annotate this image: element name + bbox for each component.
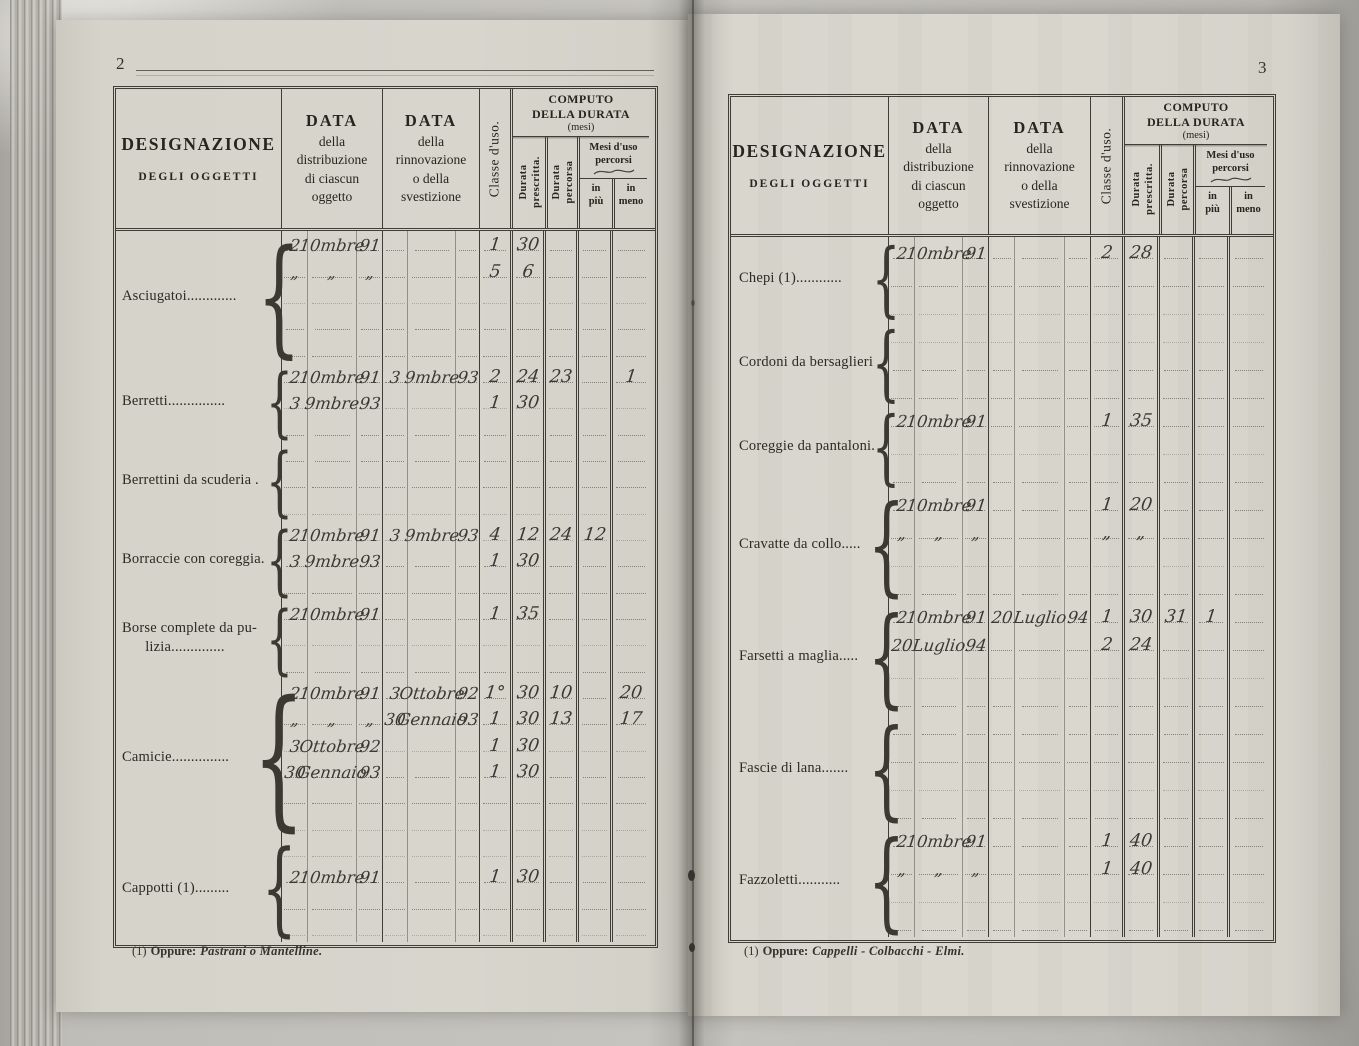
dotted-leader — [967, 734, 986, 735]
dotted-leader — [1019, 398, 1059, 399]
cell-dp — [1125, 293, 1160, 321]
dotted-leader — [991, 790, 1012, 791]
dotted-leader — [967, 370, 986, 371]
item-brace: { — [269, 679, 289, 837]
dotted-leader — [517, 435, 539, 436]
table-header-left: DESIGNAZIONE DEGLI OGGETTI DATA della di… — [116, 89, 655, 231]
handwritten-value: 1 — [488, 709, 502, 729]
cell-rm: Gennaio — [408, 705, 456, 731]
col-durata-percorsa: Durata percorsa — [545, 137, 578, 228]
dotted-leader — [616, 408, 646, 409]
dotted-leader — [1233, 678, 1263, 679]
cell-dm — [308, 573, 357, 599]
dotted-leader — [1164, 930, 1188, 931]
dotted-leader — [412, 935, 451, 936]
cell-dpc — [546, 600, 579, 626]
dotted-leader — [517, 461, 539, 462]
dotted-leader — [919, 790, 958, 791]
cell-cl: 1 — [480, 731, 513, 757]
cell-dy — [963, 293, 989, 321]
item-brace: { — [269, 837, 289, 942]
cell-designation — [731, 713, 889, 741]
cell-dpc — [546, 442, 579, 468]
item-brace: { — [876, 713, 896, 825]
dotted-leader — [616, 909, 646, 910]
cell-designation — [731, 461, 889, 489]
cell-meno — [1230, 377, 1267, 405]
tbody-left: 210mbre91130„„„56Asciugatoi.............… — [116, 231, 655, 942]
dotted-leader — [361, 329, 380, 330]
dotted-leader — [993, 734, 1012, 735]
cell-dpc — [546, 547, 579, 573]
dotted-leader — [312, 803, 351, 804]
cell-dpc — [1160, 573, 1195, 601]
cell-ry — [456, 389, 480, 415]
dotted-leader — [1233, 426, 1263, 427]
cell-dpc — [1160, 433, 1195, 461]
dotted-leader — [991, 566, 1012, 567]
cell-cl: 1 — [1091, 853, 1125, 881]
dotted-leader — [550, 250, 572, 251]
cell-cl — [480, 494, 513, 520]
rinnovazione-subtitle: della rinnovazione o della svestizione — [1004, 140, 1074, 213]
cell-dy: „ — [963, 517, 989, 545]
dotted-leader — [618, 672, 645, 673]
item-brace: { — [876, 237, 896, 321]
distribuzione-subtitle: della distribuzione di ciascun oggetto — [297, 133, 368, 206]
dotted-leader — [1129, 818, 1153, 819]
handwritten-value: 1 — [488, 235, 502, 255]
cell-rd — [383, 547, 408, 573]
cell-piu — [1195, 741, 1230, 769]
handwritten-value: 91 — [358, 868, 381, 887]
cell-rd: 20 — [989, 601, 1015, 629]
handwritten-value: „ — [933, 860, 944, 879]
dotted-leader — [484, 672, 506, 673]
dotted-leader — [922, 734, 957, 735]
cell-dy — [963, 741, 989, 769]
cell-rm — [1015, 909, 1065, 937]
cell-dm — [308, 494, 357, 520]
item-brace: { — [269, 442, 289, 521]
dotted-leader — [1019, 762, 1059, 763]
dotted-leader — [415, 461, 450, 462]
cell-piu — [1195, 517, 1230, 545]
col-computo-durata: COMPUTO DELLA DURATA (mesi) Durata presc… — [513, 89, 649, 228]
item-label: Fazzoletti........... — [739, 871, 881, 890]
dotted-leader — [483, 487, 508, 488]
cell-dpc — [546, 389, 579, 415]
dotted-leader — [922, 594, 957, 595]
dotted-leader — [516, 909, 541, 910]
cell-cl — [1091, 685, 1125, 713]
cell-rd — [989, 881, 1015, 909]
col-designazione: DESIGNAZIONE DEGLI OGGETTI — [116, 89, 282, 228]
cell-dm: Luglio — [915, 629, 963, 657]
dotted-leader — [1199, 846, 1223, 847]
cell-ry — [1065, 769, 1091, 797]
cell-cl — [1091, 769, 1125, 797]
handwritten-value: 17 — [619, 709, 644, 729]
cell-rd — [383, 442, 408, 468]
cell-cl — [1091, 545, 1125, 573]
dotted-leader — [967, 818, 986, 819]
dotted-leader — [616, 830, 646, 831]
handwritten-value: 30 — [516, 683, 541, 703]
cell-rm: Luglio — [1015, 601, 1065, 629]
cell-ry — [456, 810, 480, 836]
dotted-leader — [1022, 846, 1058, 847]
cell-piu — [1195, 349, 1230, 377]
handwritten-value: „ — [933, 524, 944, 543]
cell-ry — [456, 494, 480, 520]
dotted-leader — [459, 672, 476, 673]
handwritten-value: 91 — [358, 368, 381, 387]
cell-dy — [357, 837, 383, 863]
dotted-leader — [1163, 342, 1189, 343]
handwritten-value: 30 — [516, 762, 541, 782]
cell-rm: Ottobre — [408, 679, 456, 705]
dotted-leader — [1163, 650, 1189, 651]
cell-dy — [963, 377, 989, 405]
cell-dy — [357, 284, 383, 310]
durata-prescritta-label: Durata prescritta. — [516, 139, 542, 225]
dotted-leader — [1094, 286, 1119, 287]
dotted-leader — [965, 566, 986, 567]
dotted-leader — [582, 303, 607, 304]
cell-rd — [989, 573, 1015, 601]
handwritten-value: „ — [364, 263, 375, 282]
cell-dpc — [1160, 657, 1195, 685]
handwritten-value: 2 — [1100, 243, 1114, 263]
dotted-leader — [1022, 510, 1058, 511]
cell-rd — [989, 853, 1015, 881]
cell-dpc — [546, 573, 579, 599]
dotted-leader — [582, 724, 607, 725]
entry-row: 210mbre91228 — [731, 237, 1273, 265]
cell-piu — [579, 784, 613, 810]
computo-title: COMPUTO DELLA DURATA — [1125, 100, 1267, 130]
dotted-leader — [1094, 678, 1119, 679]
dotted-leader — [412, 487, 451, 488]
item-label: Borse complete da pu- lizia.............… — [122, 619, 274, 657]
item-label: Berrettini da scuderia . — [122, 471, 274, 490]
in-piu-label: in più — [580, 179, 612, 228]
cell-piu — [579, 837, 613, 863]
dotted-leader — [516, 803, 541, 804]
footnote-marker: (1) — [132, 944, 147, 958]
cell-cl: 1 — [1091, 405, 1125, 433]
dotted-leader — [583, 566, 606, 567]
dotted-leader — [993, 510, 1012, 511]
dotted-leader — [315, 672, 351, 673]
dotted-leader — [412, 619, 451, 620]
cell-dm: Gennaio — [308, 758, 357, 784]
cell-rm — [1015, 797, 1065, 825]
cell-piu — [579, 679, 613, 705]
entry-row — [731, 377, 1273, 405]
dotted-leader — [549, 356, 574, 357]
cell-dpc — [546, 494, 579, 520]
cell-designation — [731, 573, 889, 601]
cell-dpc — [546, 916, 579, 942]
dotted-leader — [1067, 314, 1088, 315]
cell-dp: 30 — [513, 389, 546, 415]
entry-row — [116, 810, 655, 836]
cell-cl: 1 — [480, 758, 513, 784]
cell-dpc: 10 — [546, 679, 579, 705]
handwritten-value: 91 — [358, 684, 381, 703]
cell-dp — [513, 626, 546, 652]
dotted-leader — [1095, 370, 1118, 371]
cell-piu — [579, 810, 613, 836]
cell-rd — [989, 433, 1015, 461]
cell-dpc — [1160, 881, 1195, 909]
cell-dp: 6 — [513, 257, 546, 283]
item-brace: { — [269, 600, 289, 679]
handwritten-value: 1 — [1100, 831, 1114, 851]
col-classe-duso: Classe d'uso. — [1091, 97, 1125, 234]
page-number-left: 2 — [116, 54, 125, 74]
cell-dm — [308, 336, 357, 362]
cell-rd — [383, 468, 408, 494]
cell-dp — [1125, 573, 1160, 601]
cell-dm: Ottobre — [308, 731, 357, 757]
cell-meno — [613, 521, 649, 547]
cell-dpc — [1160, 265, 1195, 293]
cell-designation — [116, 363, 282, 389]
cell-rm — [1015, 321, 1065, 349]
cell-meno — [613, 231, 649, 257]
dotted-leader — [1128, 286, 1154, 287]
dotted-leader — [315, 329, 351, 330]
dotted-leader — [386, 777, 404, 778]
cell-cl: 2 — [1091, 629, 1125, 657]
dotted-leader — [1164, 846, 1188, 847]
cell-rd — [383, 837, 408, 863]
col-mesi-duso-percorsi: Mesi d'uso percorsi in più in meno — [577, 137, 647, 228]
cell-rd — [989, 405, 1015, 433]
dotted-leader — [315, 461, 351, 462]
cell-rm — [408, 652, 456, 678]
entry-row: 210mbre9139mbre934122412 — [116, 521, 655, 547]
dotted-leader — [1069, 818, 1088, 819]
cell-ry — [456, 336, 480, 362]
footnote-right: (1)Oppure:Cappelli - Colbacchi - Elmi. — [744, 944, 965, 959]
cell-rd — [383, 600, 408, 626]
cell-dp — [1125, 657, 1160, 685]
dotted-leader — [1235, 258, 1262, 259]
cell-dm — [308, 652, 357, 678]
cell-dy — [357, 468, 383, 494]
item-brace: { — [269, 363, 289, 442]
dotted-leader — [1067, 650, 1088, 651]
dotted-leader — [549, 803, 574, 804]
cell-dpc — [1160, 741, 1195, 769]
cell-dp: 24 — [513, 363, 546, 389]
cell-dy — [963, 769, 989, 797]
cell-dp: 30 — [513, 863, 546, 889]
item-brace: { — [269, 521, 289, 600]
dotted-leader — [359, 803, 380, 804]
dotted-leader — [483, 645, 508, 646]
dotted-leader — [583, 882, 606, 883]
cell-rd — [383, 310, 408, 336]
dotted-leader — [991, 398, 1012, 399]
cell-dm — [915, 657, 963, 685]
dotted-leader — [415, 250, 450, 251]
dotted-leader — [483, 593, 508, 594]
cell-designation — [731, 377, 889, 405]
cell-rm — [1015, 825, 1065, 853]
handwritten-value: „ — [364, 710, 375, 729]
dotted-leader — [1199, 510, 1223, 511]
dotted-leader — [1069, 510, 1088, 511]
cell-dm: 10mbre — [308, 679, 357, 705]
cell-cl — [1091, 321, 1125, 349]
dotted-leader — [1095, 818, 1118, 819]
dotted-leader — [1198, 286, 1224, 287]
cell-piu — [1195, 797, 1230, 825]
dotted-leader — [458, 303, 477, 304]
dotted-leader — [1069, 482, 1088, 483]
cell-piu — [579, 626, 613, 652]
cell-rm — [1015, 405, 1065, 433]
cell-meno: 20 — [613, 679, 649, 705]
cell-dm — [308, 810, 357, 836]
col-durata-percorsa: Durata percorsa — [1159, 145, 1194, 234]
dotted-leader — [385, 487, 405, 488]
cell-cl — [480, 442, 513, 468]
cell-ry: 93 — [456, 521, 480, 547]
entry-row: 210mbre91140 — [731, 825, 1273, 853]
cell-rd — [383, 389, 408, 415]
cell-cl: 5 — [480, 257, 513, 283]
dotted-leader — [582, 803, 607, 804]
dotted-leader — [1128, 398, 1154, 399]
dotted-leader — [359, 303, 380, 304]
entry-row: 210mbre91135 — [731, 405, 1273, 433]
cell-piu — [579, 494, 613, 520]
cell-ry — [456, 758, 480, 784]
degli-oggetti-subtitle: DEGLI OGGETTI — [749, 178, 869, 190]
dotted-leader — [618, 566, 645, 567]
dotted-leader — [459, 461, 476, 462]
cell-cl — [1091, 377, 1125, 405]
dotted-leader — [1163, 454, 1189, 455]
dotted-leader — [483, 803, 508, 804]
dotted-leader — [483, 830, 508, 831]
dotted-leader — [1019, 566, 1059, 567]
cell-rd — [989, 685, 1015, 713]
dotted-leader — [459, 250, 476, 251]
dotted-leader — [458, 751, 477, 752]
dotted-leader — [618, 329, 645, 330]
cell-dm — [915, 321, 963, 349]
cell-rd — [989, 489, 1015, 517]
cell-ry — [456, 889, 480, 915]
cell-dy — [963, 657, 989, 685]
dotted-leader — [616, 356, 646, 357]
cell-dp — [1125, 685, 1160, 713]
dotted-leader — [549, 751, 574, 752]
dotted-leader — [1233, 650, 1263, 651]
cell-cl: 1 — [1091, 601, 1125, 629]
cell-dm — [308, 284, 357, 310]
dotted-leader — [458, 356, 477, 357]
cell-dy — [357, 336, 383, 362]
cell-dp — [1125, 545, 1160, 573]
cell-dy — [963, 713, 989, 741]
handwritten-value: „ — [970, 524, 981, 543]
dotted-leader — [415, 672, 450, 673]
cell-dy — [963, 349, 989, 377]
cell-dp: 12 — [513, 521, 546, 547]
handwritten-value: 24 — [516, 367, 541, 387]
handwritten-value: 1 — [1100, 859, 1114, 879]
cell-meno: 17 — [613, 705, 649, 731]
cell-dp — [1125, 909, 1160, 937]
dotted-leader — [967, 706, 986, 707]
cell-dy — [963, 265, 989, 293]
cell-dm: 10mbre — [308, 863, 357, 889]
cell-dm: 10mbre — [308, 521, 357, 547]
cell-piu — [1195, 881, 1230, 909]
entry-row: 210mbre91120 — [731, 489, 1273, 517]
cell-dm — [308, 889, 357, 915]
cell-rd — [383, 889, 408, 915]
cell-rm — [408, 389, 456, 415]
col-designazione: DESIGNAZIONE DEGLI OGGETTI — [731, 97, 889, 234]
cell-dy: 91 — [357, 231, 383, 257]
dotted-leader — [517, 329, 539, 330]
dotted-leader — [550, 777, 572, 778]
dotted-leader — [1164, 734, 1188, 735]
cell-ry — [1065, 657, 1091, 685]
col-computo-durata: COMPUTO DELLA DURATA (mesi) Durata presc… — [1125, 97, 1267, 234]
cell-dpc — [1160, 349, 1195, 377]
cell-rd — [383, 415, 408, 441]
dotted-leader — [991, 342, 1012, 343]
dotted-leader — [1163, 762, 1189, 763]
handwritten-value: 91 — [964, 832, 987, 851]
dotted-leader — [616, 856, 646, 857]
dotted-leader — [412, 830, 451, 831]
cell-dm: „ — [308, 257, 357, 283]
dotted-leader — [1129, 370, 1153, 371]
dotted-leader — [1094, 398, 1119, 399]
cell-dpc — [1160, 489, 1195, 517]
dotted-leader — [359, 593, 380, 594]
dotted-leader — [582, 382, 607, 383]
dotted-leader — [458, 645, 477, 646]
cell-ry — [456, 442, 480, 468]
data-label: DATA — [306, 111, 358, 131]
item-label: Cappotti (1)......... — [122, 879, 274, 898]
cell-designation — [731, 237, 889, 265]
data-label: DATA — [912, 118, 964, 138]
handwritten-value: 1 — [488, 393, 502, 413]
cell-cl — [480, 889, 513, 915]
dotted-leader — [386, 672, 404, 673]
dotted-leader — [1067, 902, 1088, 903]
cell-ry — [1065, 517, 1091, 545]
dotted-leader — [549, 277, 574, 278]
dotted-leader — [582, 645, 607, 646]
dotted-leader — [1199, 370, 1223, 371]
dotted-leader — [415, 882, 450, 883]
cell-piu — [1195, 545, 1230, 573]
